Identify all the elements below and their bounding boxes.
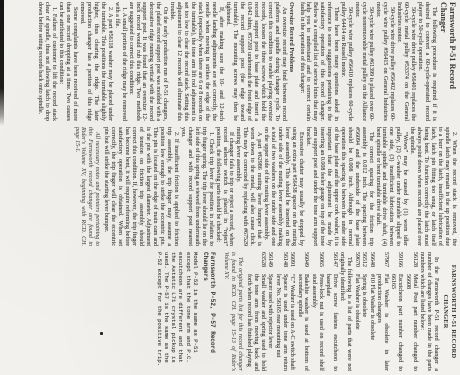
part-description: Spacer used with rejector lever	[266, 272, 273, 371]
column-2: 2. When the record stack is removed, the…	[0, 127, 457, 246]
part-number: 59166	[396, 252, 403, 272]
numbered-item: 2. If insufficient friction is applied t…	[102, 127, 178, 246]
typed-addendum-note: Model P-52 is the same as P-51 except th…	[155, 252, 199, 371]
part-description: Small washer and spring used to hold the…	[245, 272, 266, 371]
paragraph: 50-cycle wire drive pulley #56402 replac…	[374, 2, 395, 121]
paragraph: 50-cycle wire pulley #56410 replaces 60-…	[339, 2, 353, 121]
numbered-item: 1. A small portion of the ridge may be r…	[113, 2, 127, 121]
paragraph: In the Farnsworth P-51 record changer a …	[418, 252, 439, 371]
parts-list-item: 56091 “C” Washer is used on A-C switch s…	[288, 252, 295, 371]
numbered-item: 1. Check trip lever for position in rela…	[179, 127, 214, 246]
parts-list-item: 59166 Escutcheon part number changed to …	[389, 252, 403, 371]
paragraph: If, after making sure the 10- and 12-inc…	[168, 2, 224, 121]
part-description: Spacer is used under tone arm return lev…	[274, 272, 288, 371]
part-description: Flat Washer is obsolete in later product…	[375, 272, 389, 371]
paragraph: An oversize record may bind between reco…	[224, 2, 287, 121]
paragraph: 50-cycle wire drive pulley #56401 replac…	[395, 2, 416, 121]
parts-list-item: 56147 Drive screw fastens escutcheon to …	[324, 252, 338, 371]
paragraph: The following procedure is required if i…	[416, 2, 437, 121]
part-description: Spring is obsolete	[360, 272, 367, 371]
column-3: FARNSWORTH P-51 RECORD CHANGER In the Fa…	[0, 252, 457, 371]
parts-list-item: 56648 #10 Flat Washer is obsolete	[368, 252, 375, 371]
part-number: 56065	[317, 252, 324, 272]
paragraph: A part #62986 muting lever bumper that i…	[235, 127, 263, 246]
paragraph: There have been many questions asked in …	[298, 2, 340, 121]
part-number: 56147	[331, 252, 338, 272]
paragraph: If changer fails to trip or reject a rec…	[214, 127, 235, 246]
numbered-item: 2. When the record stack is removed, the…	[408, 127, 457, 246]
part-number: 56512	[360, 252, 367, 272]
parts-list-item: 56128 Metal Post part number changed to …	[404, 252, 418, 371]
scan-edge-artifact	[0, 0, 4, 126]
part-description: Escutcheon part number changed to 66165	[389, 272, 403, 371]
paragraph: The correct spacing for the friction tri…	[304, 127, 374, 246]
paragraph: On the early production run of P-51 chan…	[127, 2, 169, 121]
part-description: Flat Washer is obsolete	[353, 272, 360, 371]
parts-list-item: 63528 Small washer and spring used to ho…	[245, 252, 266, 371]
section-heading-oversize-records: Oversize Record Problems	[288, 2, 295, 121]
part-description: #10 Flat Washer is obsolete	[368, 272, 375, 371]
ink-speck	[100, 332, 103, 335]
column-layout: Farnsworth P-51 Record Changer The follo…	[0, 0, 460, 375]
parts-list-item: 56148 Spacer is used under tone arm retu…	[274, 252, 288, 371]
part-description: Press-lock nut is used on record shelf s…	[310, 272, 324, 371]
p52-p57-subheading: Farnsworth P-52, P-57 Record Changers	[201, 252, 216, 371]
part-number: 56091	[288, 252, 295, 272]
numbered-item: 2. A part #56118 washer may be placed un…	[78, 2, 113, 121]
parts-list-item: 56065 Press-lock nut is used on record s…	[310, 252, 324, 371]
part-number: 56149	[266, 252, 273, 272]
paragraph: Excessive chatter may usually be stopped…	[262, 127, 304, 246]
parts-list-item: 56149 Spacer used with rejector lever	[266, 252, 273, 371]
part-number: 63528	[259, 252, 266, 272]
paragraph: Some complaints have been received of mo…	[57, 2, 78, 121]
part-number: 56049	[303, 252, 310, 272]
parts-section-heading: FARNSWORTH P-51 RECORD CHANGER	[442, 252, 457, 371]
part-number: 59670	[353, 252, 360, 272]
parts-list-item: 56512 Spring is obsolete	[360, 252, 367, 371]
part-description: Bakelite washer is used at bottom of sec…	[296, 272, 310, 371]
part-description: Drive screw fastens escutcheon to basepl…	[324, 272, 338, 371]
part-description: Metal Post part number changed to 56608	[404, 272, 418, 371]
part-number: 56148	[281, 252, 288, 272]
paragraph: 50-cycle wire pulley #61399 is placed ov…	[353, 2, 374, 121]
part-number: 56648	[368, 252, 375, 272]
paragraph: The following is a list of parts that we…	[338, 252, 352, 371]
parts-list-item: 56049 Bakelite washer is used at bottom …	[296, 252, 310, 371]
scanned-page-viewport: Farnsworth P-51 Record Changer The follo…	[0, 0, 460, 375]
rider-volume-reference-note: All necessary notes and pointers pertain…	[73, 127, 101, 246]
parts-list-item: 59670 Flat Washer is obsolete	[353, 252, 360, 371]
part-description: “C” Washer is used on A-C switch shaft	[288, 272, 295, 371]
column-1: Farnsworth P-51 Record Changer The follo…	[0, 2, 457, 121]
original-parts-list-note: The original parts list for this record …	[222, 252, 243, 371]
article-title: Farnsworth P-51 Record Changer	[439, 2, 457, 121]
parts-list-item: 57967 Flat Washer is obsolete in later p…	[375, 252, 389, 371]
numbered-item: 1. Failure of customer to lift the recor…	[36, 2, 57, 121]
manual-page: Farnsworth P-51 Record Changer The follo…	[0, 0, 460, 375]
paragraph: “Wows” may be caused by (1) worn idler p…	[374, 127, 409, 246]
part-number: 57967	[382, 252, 389, 272]
part-number: 56128	[411, 252, 418, 272]
